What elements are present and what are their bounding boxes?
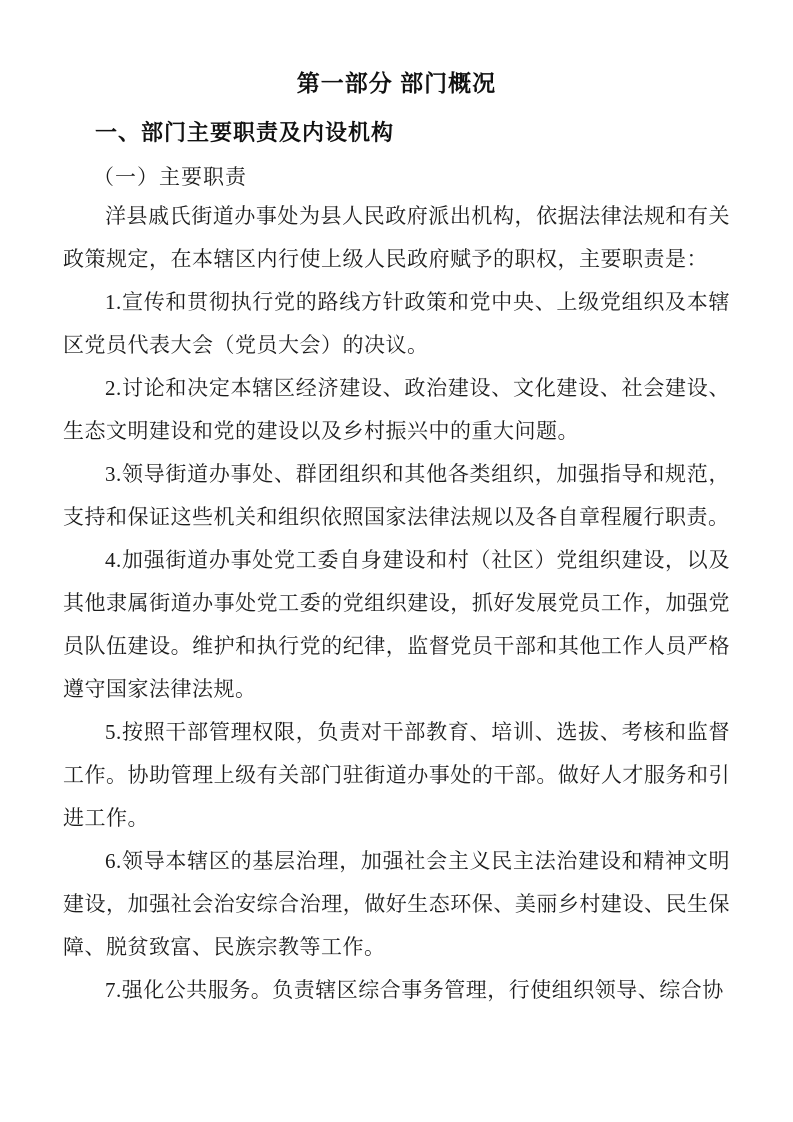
paragraph-duty-6: 6.领导本辖区的基层治理，加强社会主义民主法治建设和精神文明建设，加强社会治安综… <box>63 840 730 969</box>
paragraph-duty-3: 3.领导街道办事处、群团组织和其他各类组织，加强指导和规范，支持和保证这些机关和… <box>63 453 730 539</box>
paragraph-duty-4: 4.加强街道办事处党工委自身建设和村（社区）党组织建设，以及其他隶属街道办事处党… <box>63 539 730 711</box>
paragraph-duty-5: 5.按照干部管理权限，负责对干部教育、培训、选拔、考核和监督工作。协助管理上级有… <box>63 711 730 840</box>
document-title: 第一部分 部门概况 <box>63 66 730 100</box>
section-heading: 一、部门主要职责及内设机构 <box>63 116 730 150</box>
paragraph-duty-2: 2.讨论和决定本辖区经济建设、政治建设、文化建设、社会建设、生态文明建设和党的建… <box>63 367 730 453</box>
paragraph-intro: 洋县戚氏街道办事处为县人民政府派出机构，依据法律法规和有关政策规定，在本辖区内行… <box>63 195 730 281</box>
subsection-heading: （一）主要职责 <box>63 160 730 194</box>
paragraph-duty-7: 7.强化公共服务。负责辖区综合事务管理，行使组织领导、综合协 <box>63 969 730 1012</box>
paragraph-duty-1: 1.宣传和贯彻执行党的路线方针政策和党中央、上级党组织及本辖区党员代表大会（党员… <box>63 281 730 367</box>
document-page: 第一部分 部门概况 一、部门主要职责及内设机构 （一）主要职责 洋县戚氏街道办事… <box>0 0 793 1122</box>
body-text: 洋县戚氏街道办事处为县人民政府派出机构，依据法律法规和有关政策规定，在本辖区内行… <box>63 195 730 1012</box>
